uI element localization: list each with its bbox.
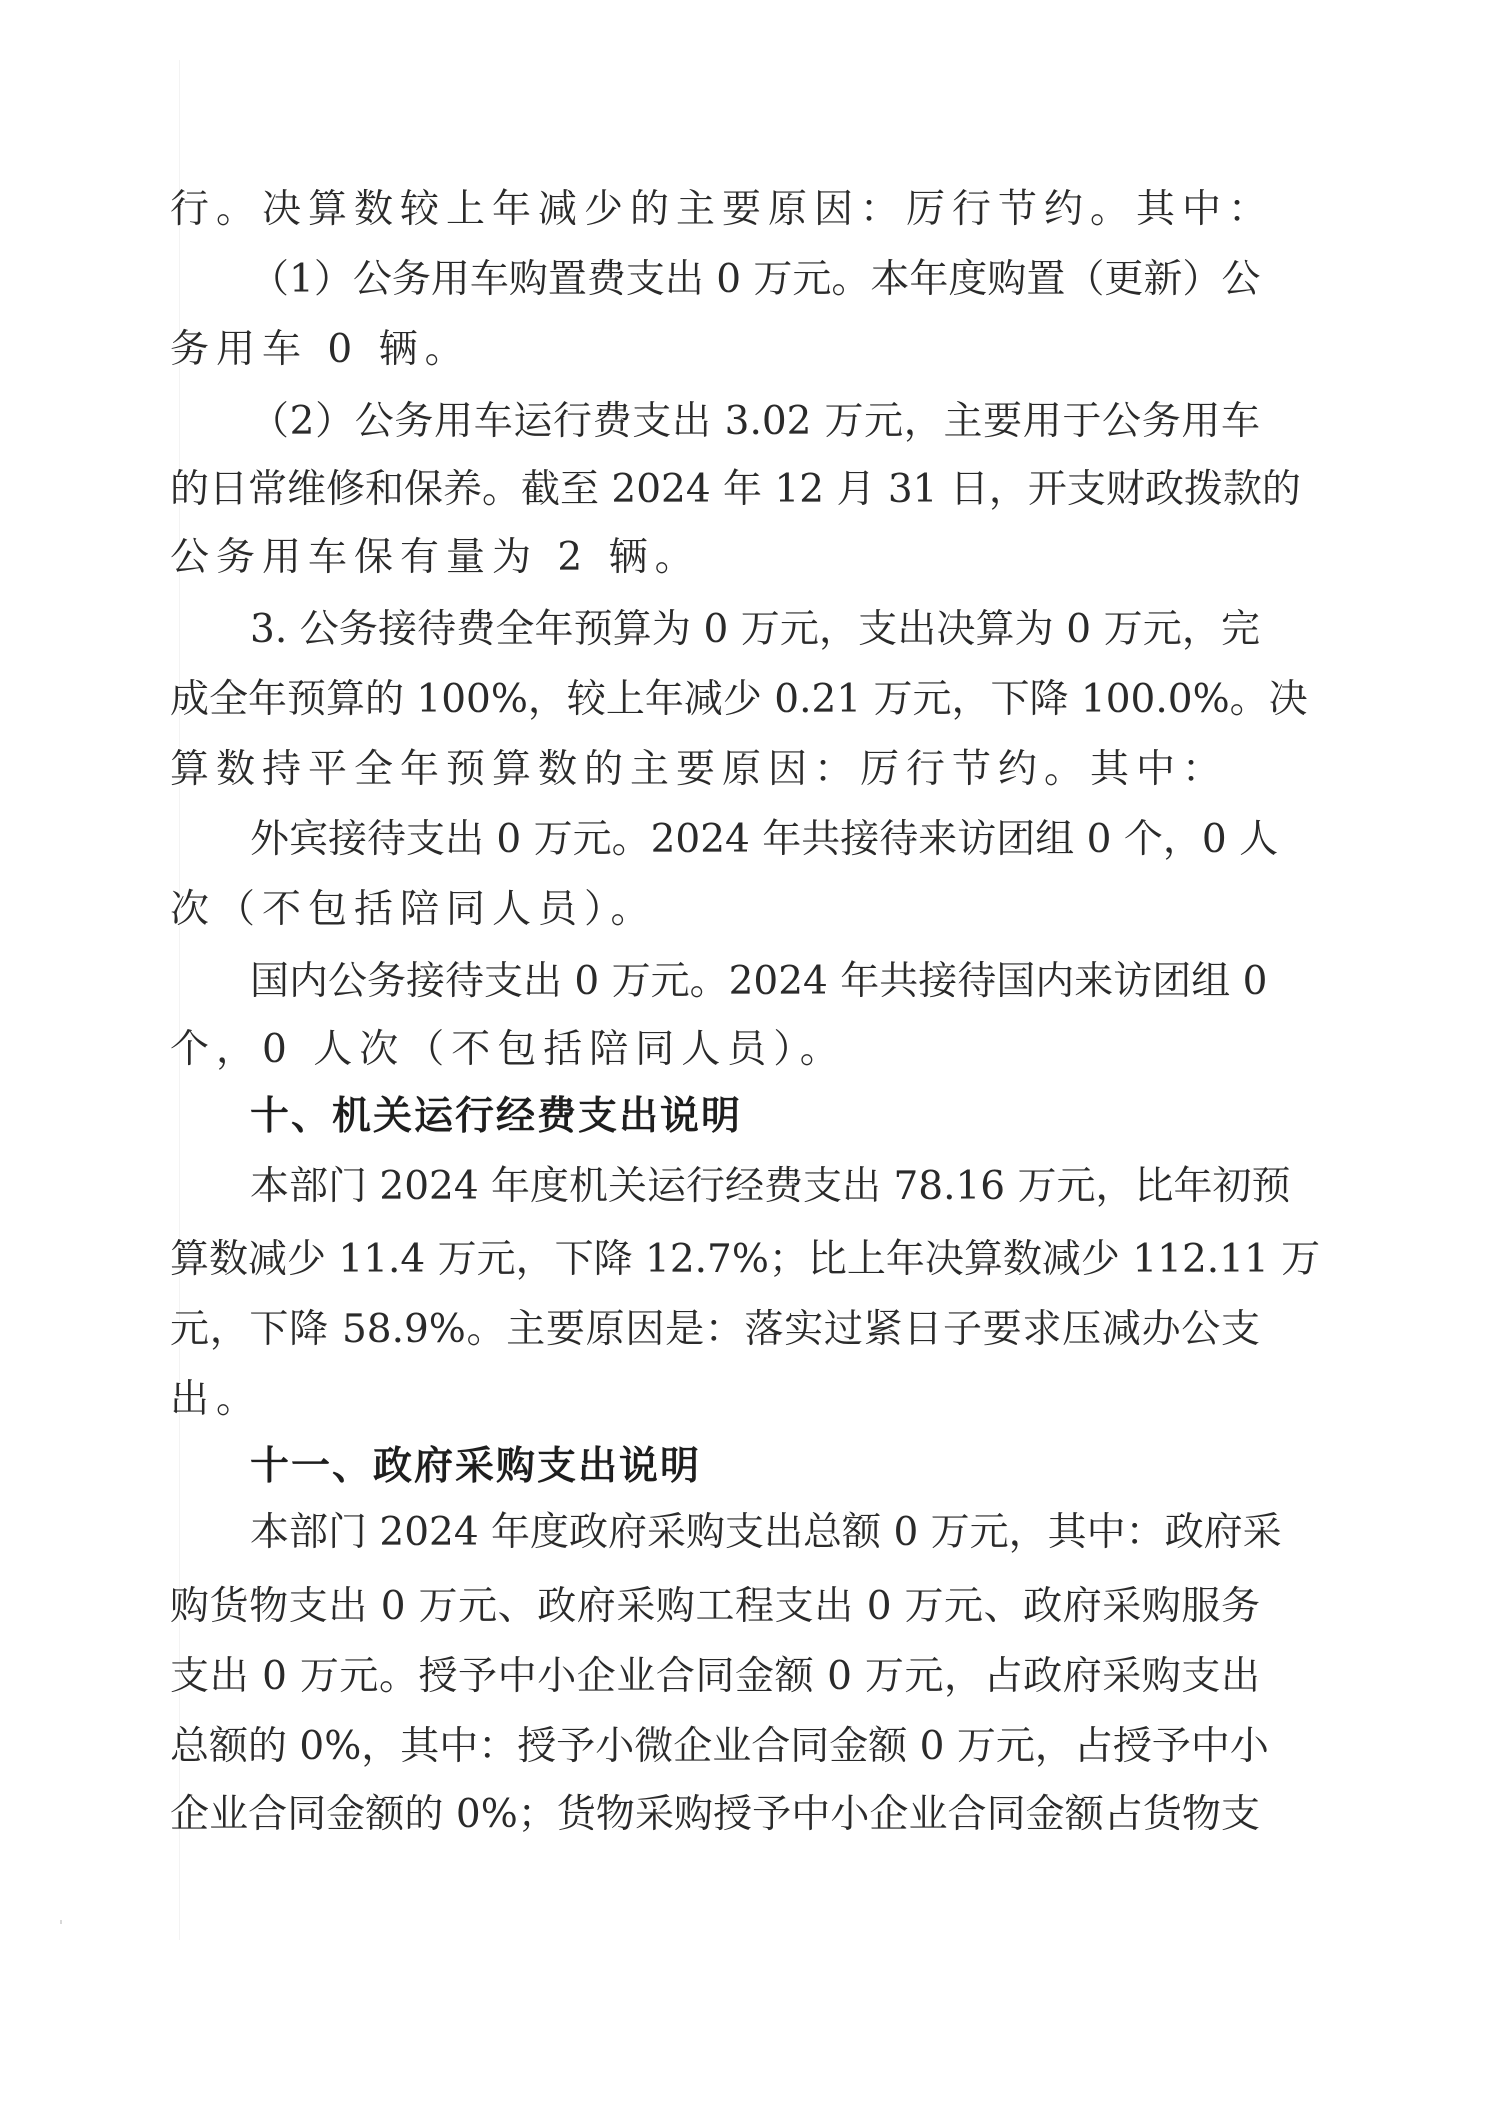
text-line: 本部门 2024 年度政府采购支出总额 0 万元，其中：政府采 [250, 1508, 1260, 1558]
text-line: 的日常维修和保养。截至 2024 年 12 月 31 日，开支财政拨款的 [170, 465, 1260, 515]
section-heading-11: 十一、政府采购支出说明 [250, 1442, 1260, 1492]
text-line: 支出 0 万元。授予中小企业合同金额 0 万元，占政府采购支出 [170, 1652, 1260, 1702]
text-line: 元，下降 58.9%。主要原因是：落实过紧日子要求压减办公支 [170, 1305, 1260, 1355]
text-line: 行。决算数较上年减少的主要原因：厉行节约。其中： [170, 185, 1260, 235]
text-line: 企业合同金额的 0%；货物采购授予中小企业合同金额占货物支 [170, 1790, 1260, 1840]
text-line: （1）公务用车购置费支出 0 万元。本年度购置（更新）公 [250, 255, 1260, 305]
text-line: 务用车 0 辆。 [170, 325, 1260, 375]
text-line: 外宾接待支出 0 万元。2024 年共接待来访团组 0 个，0 人 [250, 815, 1260, 865]
section-heading-10: 十、机关运行经费支出说明 [250, 1092, 1260, 1142]
text-line: 本部门 2024 年度机关运行经费支出 78.16 万元，比年初预 [250, 1162, 1260, 1212]
text-line: 算数减少 11.4 万元，下降 12.7%；比上年决算数减少 112.11 万 [170, 1235, 1260, 1285]
text-line: 成全年预算的 100%，较上年减少 0.21 万元，下降 100.0%。决 [170, 675, 1260, 725]
text-line: 总额的 0%，其中：授予小微企业合同金额 0 万元，占授予中小 [170, 1722, 1260, 1772]
text-line: 次（不包括陪同人员）。 [170, 885, 1260, 935]
document-page: 行。决算数较上年减少的主要原因：厉行节约。其中： （1）公务用车购置费支出 0 … [0, 0, 1487, 2102]
scan-artifact-speck [60, 1920, 62, 1924]
text-line: 算数持平全年预算数的主要原因：厉行节约。其中： [170, 745, 1260, 795]
text-line: 国内公务接待支出 0 万元。2024 年共接待国内来访团组 0 [250, 957, 1260, 1007]
text-line: 个，0 人次（不包括陪同人员）。 [170, 1025, 1260, 1075]
text-line: 出。 [170, 1375, 1260, 1425]
text-line: 3. 公务接待费全年预算为 0 万元，支出决算为 0 万元，完 [250, 605, 1260, 655]
text-line: 公务用车保有量为 2 辆。 [170, 533, 1260, 583]
text-line: （2）公务用车运行费支出 3.02 万元，主要用于公务用车 [250, 397, 1260, 447]
text-line: 购货物支出 0 万元、政府采购工程支出 0 万元、政府采购服务 [170, 1582, 1260, 1632]
